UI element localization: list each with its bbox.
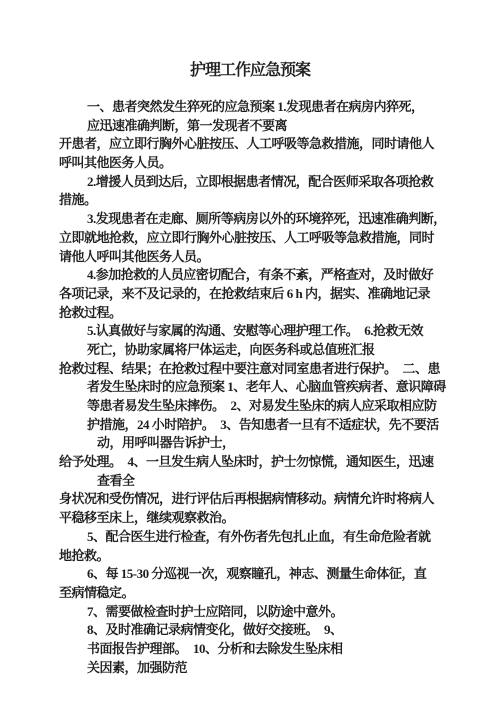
text-line: 立即就地抢救，应立即行胸外心脏按压、人工呼吸等急救措施，同时 xyxy=(59,229,441,248)
text-line: 死亡，协助家属将尸体运走，向医务科或总值班汇报 xyxy=(59,341,441,360)
text-line: 平稳移至床上，继续观察救治。 xyxy=(59,509,441,528)
text-line: 5、配合医生进行检查，有外伤者先包扎止血，有生命危险者就 xyxy=(59,528,441,547)
text-line: 护措施，24 小时陪护。 3、告知患者一旦有不适症状，先不要活 xyxy=(59,416,441,435)
text-line: 给予处理。 4、一旦发生病人坠床时，护士勿惊慌，通知医生，迅速 xyxy=(59,453,441,472)
text-line: 各项记录，来不及记录的，在抢救结束后 6 h 内，据实、准确地记录 xyxy=(59,285,441,304)
text-line: 关因素，加强防范 xyxy=(59,659,441,678)
text-line: 6、每 15-30 分巡视一次，观察瞳孔，神志、测量生命体征，直 xyxy=(59,565,441,584)
text-line: 2.增援人员到达后，立即根据患者情况，配合医师采取各项抢救 xyxy=(59,173,441,192)
text-line: 呼叫其他医务人员。 xyxy=(59,154,441,173)
text-line: 书面报告护理部。 10、分析和去除发生坠床相 xyxy=(59,640,441,659)
text-line: 者发生坠床时的应急预案 1、老年人、心脑血管疾病者、意识障碍 xyxy=(59,378,441,397)
text-line: 4.参加抢救的人员应密切配合，有条不紊，严格查对，及时做好 xyxy=(59,266,441,285)
text-line: 7、需要做检查时护士应陪同，以防途中意外。 xyxy=(59,603,441,622)
text-line: 一、患者突然发生猝死的应急预案 1.发现患者在病房内猝死， xyxy=(59,98,441,117)
text-line: 身状况和受伤情况，进行评估后再根据病情移动。病情允许时将病人 xyxy=(59,490,441,509)
text-line: 应迅速准确判断，第一发现者不要离 xyxy=(59,117,441,136)
text-line: 抢救过程、结果；在抢救过程中要注意对同室患者进行保护。 二、患 xyxy=(59,360,441,379)
document-body: 一、患者突然发生猝死的应急预案 1.发现患者在病房内猝死，应迅速准确判断，第一发… xyxy=(59,98,441,677)
page: 护理工作应急预案 一、患者突然发生猝死的应急预案 1.发现患者在病房内猝死，应迅… xyxy=(0,0,500,707)
text-line: 动，用呼叫器告诉护士， xyxy=(59,434,441,453)
text-line: 开患者，应立即行胸外心脏按压、人工呼吸等急救措施，同时请他人 xyxy=(59,135,441,154)
page-title: 护理工作应急预案 xyxy=(0,57,500,80)
document-page: { "page": { "background": "#ffffff", "te… xyxy=(0,0,500,707)
text-line: 至病情稳定。 xyxy=(59,584,441,603)
text-line: 抢救过程。 xyxy=(59,304,441,323)
text-line: 地抢救。 xyxy=(59,547,441,566)
text-line: 等患者易发生坠床摔伤。 2、对易发生坠床的病人应采取相应防 xyxy=(59,397,441,416)
text-line: 请他人呼叫其他医务人员。 xyxy=(59,248,441,267)
text-line: 查看全 xyxy=(59,472,441,491)
text-line: 5.认真做好与家属的沟通、安慰等心理护理工作。 6.抢救无效 xyxy=(59,322,441,341)
text-line: 8、及时准确记录病情变化，做好交接班。 9、 xyxy=(59,621,441,640)
text-line: 措施。 xyxy=(59,191,441,210)
text-line: 3.发现患者在走廊、厕所等病房以外的环境猝死，迅速准确判断， xyxy=(59,210,441,229)
